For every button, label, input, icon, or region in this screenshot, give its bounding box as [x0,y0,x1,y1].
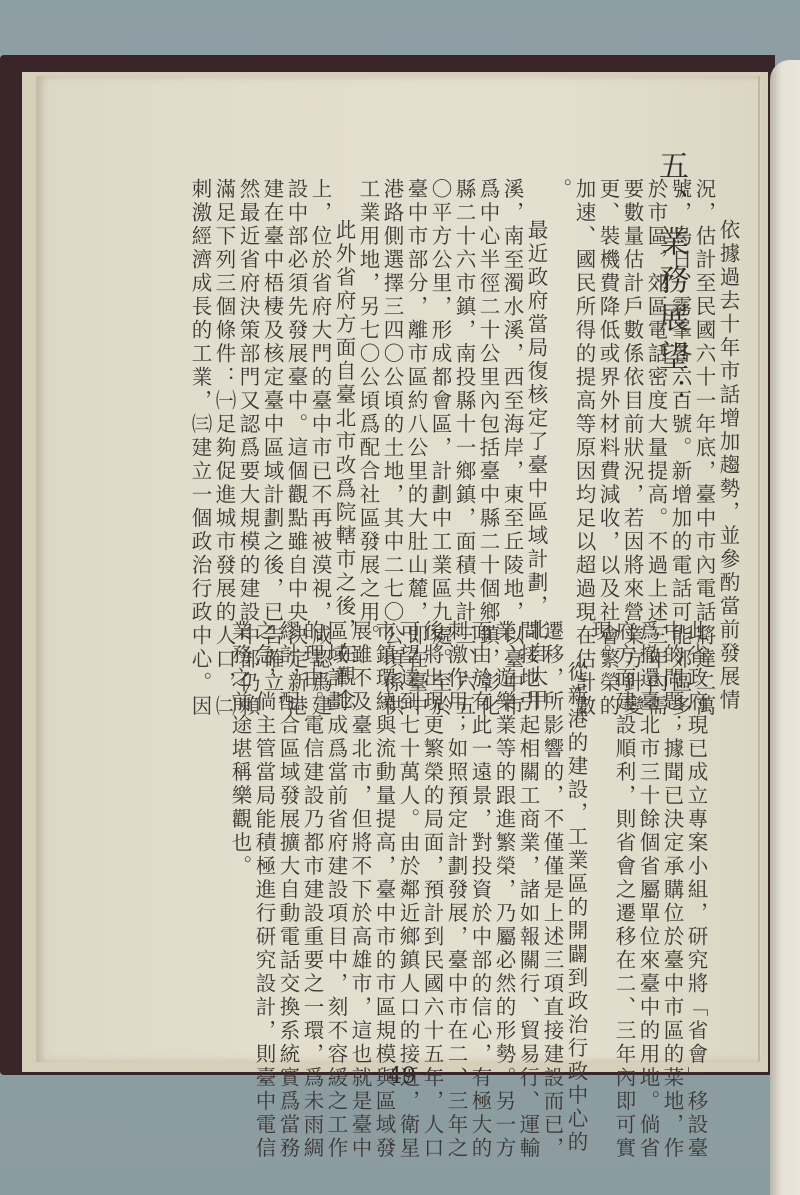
text-column: 爲撤還臺北市三十餘個省屬單位來臺中的用地。倘省 [636,620,660,1050]
text-column: 繆計，配合區域發展擴大自動電話交換系統實爲當務 [276,620,300,1050]
text-column: 從新港的建設，工業區的開闢到政治行政中心的 [564,620,588,1050]
text-column: 依據過去十年市話增加趨勢，並參酌當前發展情 [716,178,740,608]
text-column: 面由於有此一遠景，對投資於中部的信心，有極大的 [468,620,492,1050]
text-column: 縣二十六市鎮，南投縣十一鄉鎮，面積共計三、六五 [452,178,476,608]
text-column: 此省政府現已成立專案小組，研究將「省會」移設臺 [684,620,708,1050]
text-column: 然最近省府決策部門又認爲要大規模的建設中部仍賴 [236,178,260,608]
text-column: 業、遊樂業等的跟進繁榮，乃屬必然的形勢。另一方 [492,620,516,1050]
lower-text-block: 此省政府現已成立專案小組，研究將「省會」移設臺 中的問題；據聞已決定承購位於臺中… [228,620,708,1050]
text-column: 遷移，所影響的，不僅僅是上述三項直接建設而已， [540,620,564,1050]
text-column: 間接地引起相關工商業，諸如報關行、貿易行、運輸 [516,620,540,1050]
text-column: 加速、國民所得的提高等原因均足以超過現在估計數 [572,178,596,608]
text-column: 可望達到七十萬人。由於鄰近鄉鎮人口的接近，衛星 [396,620,420,1050]
text-column: 要數量估計戶數係依目前狀況，若因將來營業方針變 [620,178,644,608]
text-column: 展雖不及臺北市，但將不下於高雄市，這也就是臺中 [348,620,372,1050]
page-gutter [758,76,760,1062]
text-column: 府方面建設順利，則省會之遷移在二、三年內即可實 [612,620,636,1050]
text-column: 工業用地，另七〇公頃爲配合社區發展之用。 [356,178,380,608]
text-column: 區域計劃成爲當前省府建設項目中，刻不容緩之工作 [324,620,348,1050]
text-column: 號，烏日、霧峯各六百號。新增加的電話可能郊區多 [668,178,692,608]
text-column: 市鎮環繞與流動量提高，臺中市的市區規模與區域發 [372,620,396,1050]
text-column: 業務之前途堪稱樂觀也。 [228,620,252,1050]
text-column: 。 [548,178,572,608]
text-column: 上，位於省府大門的臺中市已不再被漠視，咸認爲建 [308,178,332,608]
text-column: 最近政府當局復核定了臺中區域計劃，北自大甲 [524,178,548,608]
text-column: 滿足下列三個條件：㈠足夠促進城市發展的人口，㈡ [212,178,236,608]
text-column: 中的問題；據聞已決定承購位於臺中市區的菜地，作 [660,620,684,1050]
text-column: 〇平方公里，形成都會區，計劃中工業區九處。至於 [428,178,452,608]
text-column: 現。 [588,620,612,1050]
text-column: 況，估計至民國六十一年底，臺中市內電話將達二萬 [692,178,716,608]
text-column: 於市區，郊區電話密度大量提高。不過上述三年內需 [644,178,668,608]
text-column: 此外省府方面自臺北市改爲院轄市之後，在觀念 [332,178,356,608]
facing-page-edge [770,60,800,1195]
text-column: 溪，南至濁水溪，西至海岸，東至丘陵地，以臺中市 [500,178,524,608]
text-column: 爲中心半徑二十公里內包括臺中縣二十個鄉鎮，彰化 [476,178,500,608]
text-column: 臺中市部分，離市區約八公里的大肚山麓，即在臺中 [404,178,428,608]
text-column: 設中部必須先發展臺中。這個觀點雖自中央決定新港 [284,178,308,608]
text-column: 之急，倘主管當局能積極進行研究設計，則臺中電信 [252,620,276,1050]
page-number: 49 [382,1064,422,1089]
text-column: 港路側選擇三四〇公頃的土地，其中二七〇公頃係供 [380,178,404,608]
text-column: 刺激經濟成長的工業，㈢建立一個政治行政中心。因 [188,178,212,608]
text-column: 後將出現更繁榮的局面，預計到民國六十五年，人口 [420,620,444,1050]
text-column: 建在臺中梧棲及核定臺中區域計劃之後，已告確立， [260,178,284,608]
text-column: 的理由。電信建設乃都市建設重要之一環，爲未雨綢 [300,620,324,1050]
text-column: 刺激作用；如照預定計劃發展，臺中市在二、三年之 [444,620,468,1050]
upper-text-block: 依據過去十年市話增加趨勢，並參酌當前發展情 況，估計至民國六十一年底，臺中市內電… [188,178,740,608]
text-column: 更、裝機費降低或界外材料費減收，以及社會繁榮的 [596,178,620,608]
